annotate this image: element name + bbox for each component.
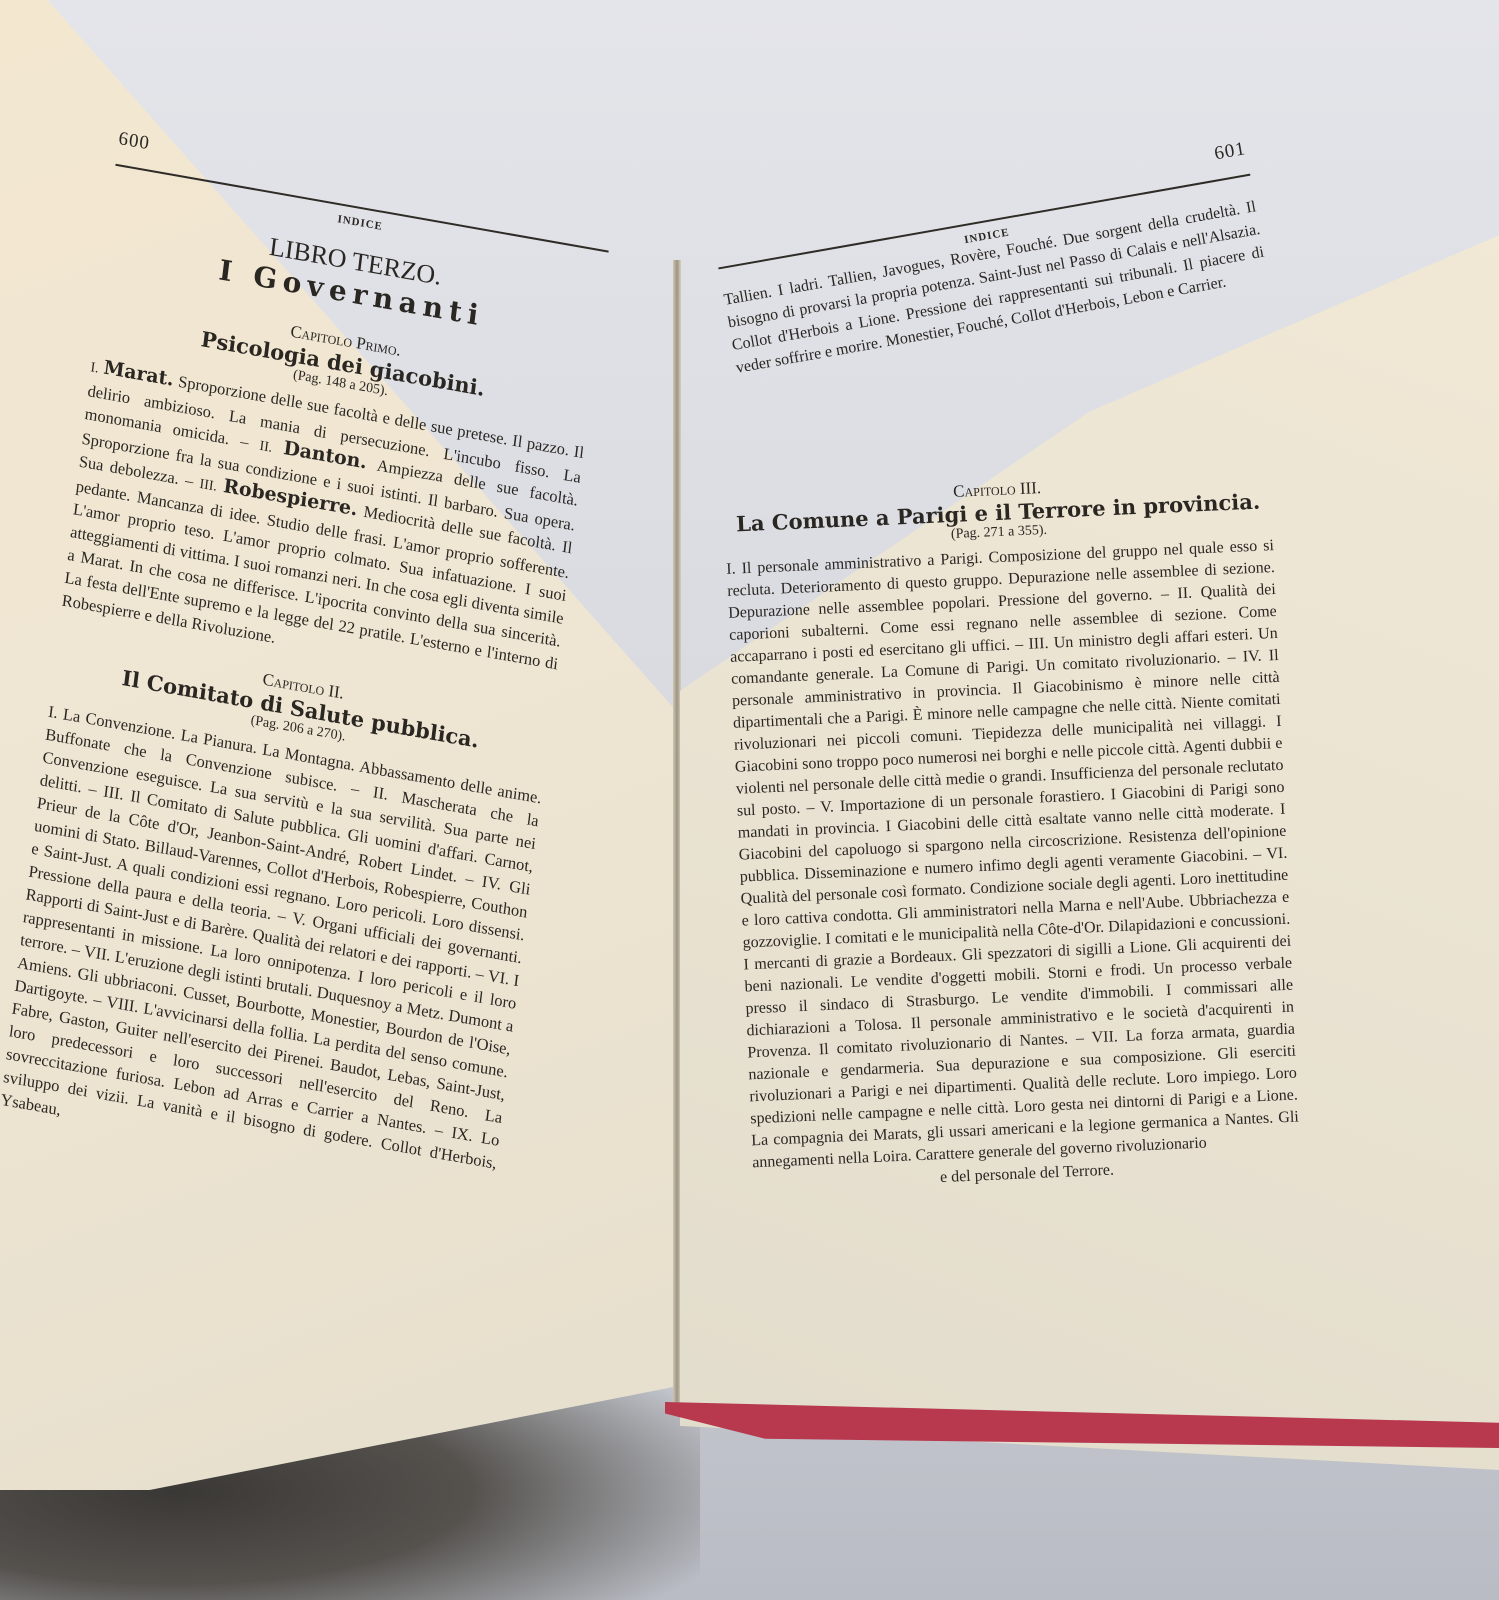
section-number: III. xyxy=(199,477,218,495)
right-page-header: 601 INDICE Tallien. I ladri. Tallien, Ja… xyxy=(712,138,1270,379)
chapter-summary: I. Il personale amministrativo a Parigi.… xyxy=(726,535,1300,1174)
chapter-summary: I. La Convenzione. La Pianura. La Montag… xyxy=(0,700,543,1198)
book-spine xyxy=(673,260,681,1410)
section-number: I. xyxy=(90,360,100,376)
right-page-content: Capitolo III. La Comune a Parigi e il Te… xyxy=(722,446,1301,1197)
section-number: II. xyxy=(259,439,273,456)
